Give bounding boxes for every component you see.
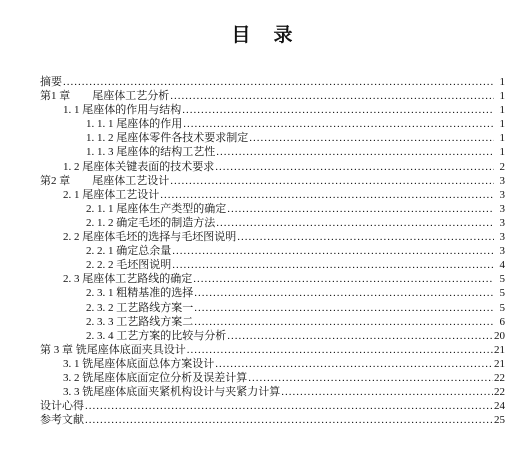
toc-entry: 3. 3 铣尾座体底面夹紧机构设计与夹紧力计算 ................… — [40, 385, 505, 399]
toc-entry-label: 1. 1. 2 尾座体零件各技术要求制定 — [86, 131, 248, 145]
dot-leader: ........................................… — [85, 413, 493, 427]
toc-entry-label: 2. 1. 1 尾座体生产类型的确定 — [86, 202, 226, 216]
toc-entry-label: 1. 1. 3 尾座体的结构工艺性 — [86, 145, 215, 159]
toc-entry-label: 2. 3. 4 工艺方案的比较与分析 — [86, 329, 226, 343]
toc-entry-page: 24 — [494, 399, 505, 413]
toc-entry: 2. 2 尾座体毛坯的选择与毛坯图说明 ....................… — [40, 230, 505, 244]
toc-entry: 2. 2. 2 毛坯图说明 ..........................… — [40, 258, 505, 272]
toc-entry: 3. 1 铣尾座体底面总体方案设计 ......................… — [40, 357, 505, 371]
toc-entry-page: 22 — [494, 371, 505, 385]
toc-entry-label: 2. 3. 1 粗精基准的选择 — [86, 286, 193, 300]
toc-entry-page: 20 — [494, 329, 505, 343]
toc-entry-label: 3. 2 铣尾座体底面定位分析及误差计算 — [63, 371, 247, 385]
dot-leader: ........................................… — [182, 103, 494, 117]
dot-leader: ........................................… — [248, 371, 493, 385]
toc-entry: 设计心得 ...................................… — [40, 399, 505, 413]
toc-entry-label: 3. 3 铣尾座体底面夹紧机构设计与夹紧力计算 — [63, 385, 280, 399]
toc-entry-label: 2. 2. 1 确定总余量 — [86, 244, 171, 258]
toc-entry: 第 3 章 铣尾座体底面夹具设计 .......................… — [40, 343, 505, 357]
toc-entry-page: 1 — [495, 75, 505, 89]
toc-entry-page: 3 — [495, 244, 505, 258]
toc-entry-label: 1. 2 尾座体关键表面的技术要求 — [63, 160, 214, 174]
toc-entry-label: 2. 3. 2 工艺路线方案一 — [86, 301, 193, 315]
toc-entry-page: 1 — [495, 117, 505, 131]
toc-entry-page: 21 — [494, 357, 505, 371]
dot-leader: ........................................… — [160, 188, 494, 202]
toc-entry-page: 3 — [495, 174, 505, 188]
toc-entry-label: 2. 2. 2 毛坯图说明 — [86, 258, 171, 272]
dot-leader: ........................................… — [172, 244, 494, 258]
dot-leader: ........................................… — [216, 216, 494, 230]
toc-entry-page: 4 — [495, 258, 505, 272]
toc-entry: 2. 2. 1 确定总余量 ..........................… — [40, 244, 505, 258]
toc-entry-label: 1. 1 尾座体的作用与结构 — [63, 103, 181, 117]
toc-entry: 参考文献 ...................................… — [40, 413, 505, 427]
toc-entry: 1. 1. 2 尾座体零件各技术要求制定 ...................… — [40, 131, 505, 145]
toc-entry: 2. 3 尾座体工艺路线的确定 ........................… — [40, 272, 505, 286]
toc-entry: 2. 1. 1 尾座体生产类型的确定 .....................… — [40, 202, 505, 216]
toc-entry-label: 摘要 — [40, 75, 62, 89]
toc-entry-page: 3 — [495, 230, 505, 244]
toc-entry: 1. 1. 3 尾座体的结构工艺性 ......................… — [40, 145, 505, 159]
toc-entry-page: 21 — [494, 343, 505, 357]
document-page: 目 录 摘要 .................................… — [0, 0, 526, 474]
toc-entry-label: 2. 3 尾座体工艺路线的确定 — [63, 272, 192, 286]
toc-entry-label: 参考文献 — [40, 413, 84, 427]
toc-entry-label: 3. 1 铣尾座体底面总体方案设计 — [63, 357, 214, 371]
dot-leader: ........................................… — [216, 145, 494, 159]
toc-list: 摘要 .....................................… — [40, 75, 505, 427]
page-title: 目 录 — [0, 0, 526, 47]
toc-entry-label: 设计心得 — [40, 399, 84, 413]
toc-entry: 2. 3. 1 粗精基准的选择 ........................… — [40, 286, 505, 300]
dot-leader: ........................................… — [183, 117, 494, 131]
toc-entry-label: 1. 1. 1 尾座体的作用 — [86, 117, 182, 131]
toc-entry: 摘要 .....................................… — [40, 75, 505, 89]
toc-entry-page: 5 — [495, 301, 505, 315]
toc-entry: 第1 章 尾座体工艺分析 ...........................… — [40, 89, 505, 103]
dot-leader: ........................................… — [187, 343, 493, 357]
toc-entry-page: 3 — [495, 216, 505, 230]
dot-leader: ........................................… — [170, 89, 494, 103]
toc-entry: 1. 1 尾座体的作用与结构 .........................… — [40, 103, 505, 117]
toc-entry-label: 2. 2 尾座体毛坯的选择与毛坯图说明 — [63, 230, 236, 244]
toc-entry: 1. 1. 1 尾座体的作用 .........................… — [40, 117, 505, 131]
toc-entry: 2. 3. 4 工艺方案的比较与分析 .....................… — [40, 329, 505, 343]
toc-entry-label: 第1 章 尾座体工艺分析 — [40, 89, 169, 103]
toc-entry-page: 1 — [495, 131, 505, 145]
toc-entry-label: 2. 1 尾座体工艺设计 — [63, 188, 159, 202]
toc-entry-page: 2 — [495, 160, 505, 174]
toc-entry: 2. 1. 2 确定毛坯的制造方法 ......................… — [40, 216, 505, 230]
dot-leader: ........................................… — [237, 230, 494, 244]
dot-leader: ........................................… — [215, 160, 494, 174]
dot-leader: ........................................… — [281, 385, 493, 399]
toc-entry: 2. 3. 2 工艺路线方案一 ........................… — [40, 301, 505, 315]
toc-entry: 第2 章 尾座体工艺设计 ...........................… — [40, 174, 505, 188]
toc-entry-page: 3 — [495, 188, 505, 202]
dot-leader: ........................................… — [85, 399, 493, 413]
toc-entry: 2. 1 尾座体工艺设计 ...........................… — [40, 188, 505, 202]
dot-leader: ........................................… — [170, 174, 494, 188]
dot-leader: ........................................… — [194, 286, 494, 300]
dot-leader: ........................................… — [63, 75, 494, 89]
toc-entry: 3. 2 铣尾座体底面定位分析及误差计算 ...................… — [40, 371, 505, 385]
dot-leader: ........................................… — [194, 315, 494, 329]
toc-entry: 1. 2 尾座体关键表面的技术要求 ......................… — [40, 160, 505, 174]
dot-leader: ........................................… — [249, 131, 494, 145]
toc-entry-label: 2. 1. 2 确定毛坯的制造方法 — [86, 216, 215, 230]
dot-leader: ........................................… — [193, 272, 494, 286]
toc-entry-page: 1 — [495, 145, 505, 159]
toc-entry-label: 2. 3. 3 工艺路线方案二 — [86, 315, 193, 329]
dot-leader: ........................................… — [215, 357, 493, 371]
toc-entry-page: 6 — [495, 315, 505, 329]
toc-entry-page: 5 — [495, 272, 505, 286]
dot-leader: ........................................… — [227, 202, 494, 216]
toc-entry-page: 25 — [494, 413, 505, 427]
dot-leader: ........................................… — [227, 329, 493, 343]
toc-entry: 2. 3. 3 工艺路线方案二 ........................… — [40, 315, 505, 329]
toc-entry-label: 第 3 章 铣尾座体底面夹具设计 — [40, 343, 186, 357]
dot-leader: ........................................… — [194, 301, 494, 315]
toc-entry-page: 1 — [495, 89, 505, 103]
toc-entry-page: 5 — [495, 286, 505, 300]
toc-entry-label: 第2 章 尾座体工艺设计 — [40, 174, 169, 188]
dot-leader: ........................................… — [172, 258, 494, 272]
toc-entry-page: 1 — [495, 103, 505, 117]
toc-entry-page: 3 — [495, 202, 505, 216]
toc-entry-page: 22 — [494, 385, 505, 399]
